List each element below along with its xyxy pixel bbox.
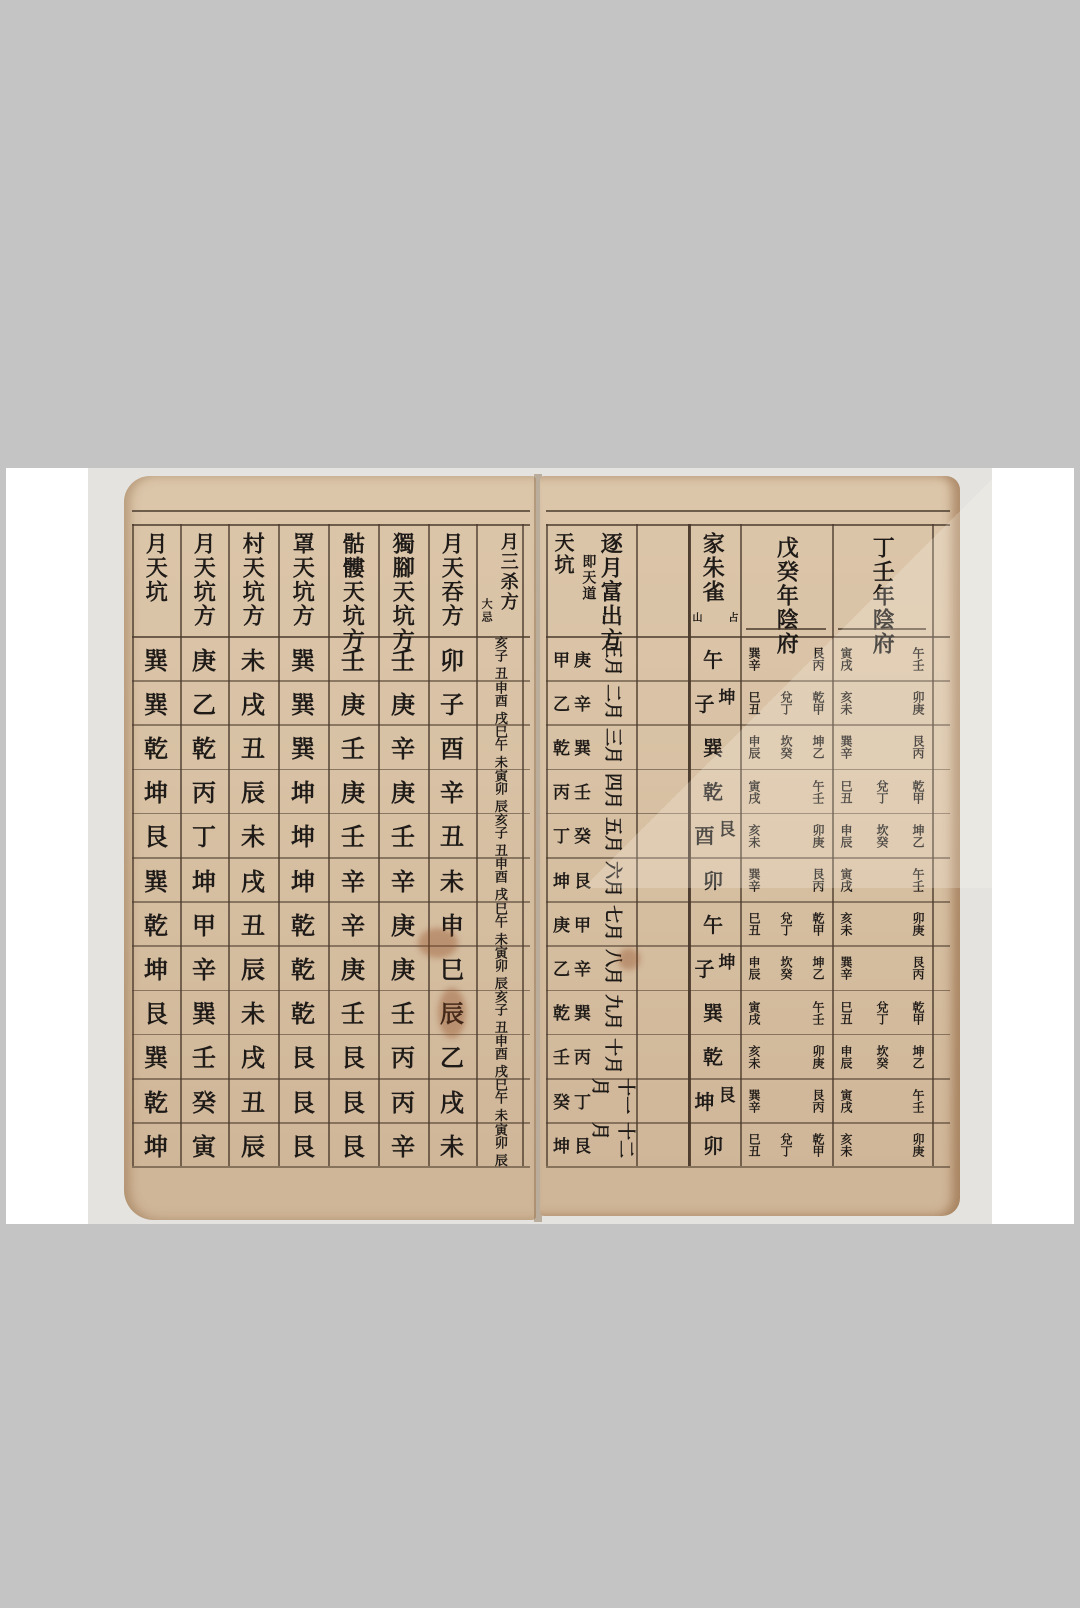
table-cell: 酉 xyxy=(428,724,476,768)
cell-char: 壬 xyxy=(574,778,591,803)
yinfu-entry: 午壬 xyxy=(908,1082,928,1120)
month-cell: 二月 xyxy=(592,680,636,724)
yinfu-entry: 午壬 xyxy=(808,994,828,1032)
column-header: 月天吞方 xyxy=(439,532,463,628)
table-cell: 庚甲 xyxy=(548,636,596,680)
yinfu-entry: 巽辛 xyxy=(744,640,764,678)
table-cell: 乙 xyxy=(180,680,228,724)
wavy-underline xyxy=(746,628,826,630)
yinfu-entry: 巳丑 xyxy=(836,773,856,811)
table-cell: 艮 xyxy=(278,1078,328,1122)
cell-char: 坤 xyxy=(695,1086,715,1115)
column-header: 村天坑方 xyxy=(240,532,264,628)
table-cell: 壬 xyxy=(328,990,378,1034)
column-subheader: 大忌 xyxy=(480,598,492,624)
cell-char: 巽 xyxy=(703,997,723,1026)
cell-char: 壬 xyxy=(553,1043,570,1068)
table-cell: 辰 xyxy=(228,945,278,989)
yinfu-entry: 寅戌 xyxy=(744,994,764,1032)
month-cell: 正月 xyxy=(592,636,636,680)
cell-char: 坤 xyxy=(719,948,736,973)
cell-char: 艮 xyxy=(719,815,736,840)
table-cell: 巽乾 xyxy=(548,724,596,768)
table-cell: 庚 xyxy=(328,680,378,724)
table-cell: 坤 xyxy=(132,769,180,813)
table-cell: 巳午 未 xyxy=(476,901,522,945)
table-cell: 卯 xyxy=(690,1122,740,1166)
cell-char: 丙 xyxy=(574,1043,591,1068)
yinfu-entry: 午壬 xyxy=(908,861,928,899)
table-cell: 乾 xyxy=(180,724,228,768)
table-cell: 巽 xyxy=(278,636,328,680)
table-cell: 丙壬 xyxy=(548,1034,596,1078)
table-cell: 壬 xyxy=(328,724,378,768)
table-cell: 艮 xyxy=(328,1078,378,1122)
wavy-underline xyxy=(838,628,926,630)
table-cell: 庚 xyxy=(378,769,428,813)
table-cell: 巽 xyxy=(132,1034,180,1078)
table-cell: 丑 xyxy=(428,813,476,857)
cell-char: 辛 xyxy=(574,955,591,980)
table-cell: 巳午 未 xyxy=(476,724,522,768)
month-cell: 九月 xyxy=(592,990,636,1034)
yinfu-entry: 亥未 xyxy=(836,905,856,943)
yinfu-entry: 艮丙 xyxy=(808,861,828,899)
top-rule xyxy=(132,510,530,512)
left-page: 月三杀方大忌亥子 丑申酉 戌巳午 未寅卯 辰亥子 丑申酉 戌巳午 未寅卯 辰亥子… xyxy=(124,476,536,1220)
column-header: 罩天坑方 xyxy=(290,532,314,628)
table-cell: 壬 xyxy=(378,636,428,680)
cell-char: 巽 xyxy=(703,732,723,761)
cell-char: 甲 xyxy=(553,646,570,671)
table-cell: 乾 xyxy=(132,1078,180,1122)
yinfu-entry: 亥未 xyxy=(744,817,764,855)
table-cell: 未 xyxy=(228,813,278,857)
month-cell: 七月 xyxy=(592,901,636,945)
table-cell: 乾 xyxy=(132,724,180,768)
table-cell: 丙 xyxy=(378,1034,428,1078)
table-cell: 申酉 戌 xyxy=(476,857,522,901)
yinfu-entry: 卯庚 xyxy=(908,684,928,722)
table-cell: 巽 xyxy=(690,990,740,1034)
cell-char: 子 xyxy=(695,953,715,982)
column-subheader: 占 xyxy=(726,612,737,624)
book-photo: 月三杀方大忌亥子 丑申酉 戌巳午 未寅卯 辰亥子 丑申酉 戌巳午 未寅卯 辰亥子… xyxy=(88,468,992,1224)
yinfu-entry: 亥未 xyxy=(836,684,856,722)
yinfu-entry: 乾甲 xyxy=(908,994,928,1032)
table-cell: 巳午 未 xyxy=(476,1078,522,1122)
cell-char: 甲 xyxy=(574,911,591,936)
table-cell: 寅卯 辰 xyxy=(476,945,522,989)
table-cell: 庚 xyxy=(378,680,428,724)
table-cell: 卯 xyxy=(428,636,476,680)
yinfu-entry: 亥未 xyxy=(836,1126,856,1164)
yinfu-entry: 巽辛 xyxy=(744,861,764,899)
table-cell: 寅 xyxy=(180,1122,228,1166)
cell-char: 艮 xyxy=(574,867,591,892)
yinfu-entry: 艮丙 xyxy=(808,1082,828,1120)
column-subheader: 即天道 xyxy=(580,554,595,602)
table-cell: 巽乾 xyxy=(548,990,596,1034)
table-cell: 寅卯 辰 xyxy=(476,769,522,813)
table-cell: 乾 xyxy=(278,945,328,989)
yinfu-entry: 卯庚 xyxy=(808,817,828,855)
column-header: 獨腳天坑方 xyxy=(390,532,414,652)
yinfu-entry: 乾甲 xyxy=(808,1126,828,1164)
table-cell: 辛 xyxy=(328,901,378,945)
month-cell: 十二月 xyxy=(592,1122,636,1166)
table-cell: 坤 xyxy=(180,857,228,901)
column-rule xyxy=(522,524,524,1166)
table-cell: 丙 xyxy=(180,769,228,813)
table-cell: 戌 xyxy=(228,1034,278,1078)
yinfu-entry: 卯庚 xyxy=(908,905,928,943)
table-cell: 壬 xyxy=(328,813,378,857)
column-header: 家朱雀 xyxy=(700,532,724,604)
yinfu-entry: 坎癸 xyxy=(776,728,796,766)
column-header: 骷髏天坑方 xyxy=(340,532,364,652)
yinfu-entry: 寅戌 xyxy=(836,1082,856,1120)
table-cell: 壬 xyxy=(180,1034,228,1078)
table-cell: 未 xyxy=(428,1122,476,1166)
table-cell: 乙 xyxy=(428,1034,476,1078)
table-cell: 丑 xyxy=(228,724,278,768)
table-cell: 坤 xyxy=(278,857,328,901)
yinfu-entry: 坤乙 xyxy=(808,728,828,766)
table-cell: 辛乙 xyxy=(548,945,596,989)
table-cell: 子 xyxy=(428,680,476,724)
table-cell: 亥子 丑 xyxy=(476,636,522,680)
table-cell: 艮 xyxy=(328,1034,378,1078)
table-cell: 子坤 xyxy=(690,680,740,724)
table-cell: 癸丁 xyxy=(548,813,596,857)
right-page: 天坑即天道庚甲辛乙巽乾壬丙癸丁艮坤甲庚辛乙巽乾丙壬丁癸艮坤逐月富出方正月二月三月… xyxy=(540,476,960,1216)
yinfu-entry: 申辰 xyxy=(744,728,764,766)
table-cell: 亥子 丑 xyxy=(476,990,522,1034)
yinfu-entry: 寅戌 xyxy=(836,861,856,899)
yinfu-entry: 坎癸 xyxy=(872,1038,892,1076)
month-cell: 五月 xyxy=(592,813,636,857)
column-header: 月天坑方 xyxy=(191,532,215,628)
yinfu-entry: 亥未 xyxy=(744,1038,764,1076)
table-cell: 庚 xyxy=(378,945,428,989)
column-header: 月三杀方 xyxy=(498,532,518,612)
month-cell: 十月 xyxy=(592,1034,636,1078)
table-cell: 丁 xyxy=(180,813,228,857)
table-cell: 辛 xyxy=(378,857,428,901)
cell-char: 巽 xyxy=(574,734,591,759)
cell-char: 午 xyxy=(703,909,723,938)
cell-char: 坤 xyxy=(719,683,736,708)
yinfu-entry: 坎癸 xyxy=(872,817,892,855)
row-rule xyxy=(132,1166,530,1168)
yinfu-entry: 坎癸 xyxy=(776,949,796,987)
table-cell: 乾 xyxy=(278,901,328,945)
table-cell: 壬丙 xyxy=(548,769,596,813)
month-cell: 六月 xyxy=(592,857,636,901)
row-rule xyxy=(546,1166,950,1168)
table-cell: 坤 xyxy=(278,769,328,813)
cell-char: 辛 xyxy=(574,690,591,715)
month-cell: 十一月 xyxy=(592,1078,636,1122)
table-cell: 辛 xyxy=(328,857,378,901)
table-cell: 辛 xyxy=(428,769,476,813)
table-cell: 辛 xyxy=(378,1122,428,1166)
yinfu-entry: 乾甲 xyxy=(908,773,928,811)
column-rule xyxy=(636,524,638,1166)
yinfu-entry: 乾甲 xyxy=(808,684,828,722)
cell-char: 乾 xyxy=(703,1041,723,1070)
yinfu-entry: 乾甲 xyxy=(808,905,828,943)
yinfu-entry: 巽辛 xyxy=(836,949,856,987)
yinfu-entry: 午壬 xyxy=(808,773,828,811)
cell-char: 艮 xyxy=(719,1081,736,1106)
table-cell: 戌 xyxy=(428,1078,476,1122)
cell-char: 乾 xyxy=(553,734,570,759)
table-cell: 巽 xyxy=(278,724,328,768)
yinfu-entry: 坤乙 xyxy=(808,949,828,987)
yinfu-entry: 申辰 xyxy=(744,949,764,987)
table-cell: 辛 xyxy=(180,945,228,989)
cell-char: 乙 xyxy=(553,690,570,715)
table-cell: 巽 xyxy=(132,857,180,901)
table-cell: 酉艮 xyxy=(690,813,740,857)
yinfu-entry: 坤乙 xyxy=(908,817,928,855)
cell-char: 乾 xyxy=(553,999,570,1024)
column-rule xyxy=(740,524,742,1166)
table-cell: 辛 xyxy=(378,724,428,768)
table-cell: 壬 xyxy=(378,813,428,857)
yinfu-entry: 寅戌 xyxy=(836,640,856,678)
cell-char: 巽 xyxy=(574,999,591,1024)
table-cell: 辛乙 xyxy=(548,680,596,724)
table-cell: 丑 xyxy=(228,901,278,945)
table-cell: 乾 xyxy=(690,1034,740,1078)
stain xyxy=(418,928,458,958)
cell-char: 乙 xyxy=(553,955,570,980)
cell-char: 卯 xyxy=(703,865,723,894)
table-cell: 艮 xyxy=(328,1122,378,1166)
stain xyxy=(438,988,466,1038)
column-subheader: 山 xyxy=(690,612,701,624)
table-cell: 戌 xyxy=(228,680,278,724)
yinfu-entry: 巽辛 xyxy=(744,1082,764,1120)
table-cell: 癸 xyxy=(180,1078,228,1122)
yinfu-entry: 坤乙 xyxy=(908,1038,928,1076)
yinfu-entry: 艮丙 xyxy=(908,949,928,987)
table-cell: 巽 xyxy=(278,680,328,724)
table-cell: 巽 xyxy=(132,680,180,724)
cell-char: 乾 xyxy=(703,776,723,805)
yinfu-entry: 兌丁 xyxy=(776,905,796,943)
table-cell: 申酉 戌 xyxy=(476,680,522,724)
yinfu-entry: 艮丙 xyxy=(808,640,828,678)
table-cell: 丑 xyxy=(228,1078,278,1122)
table-cell: 寅卯 辰 xyxy=(476,1122,522,1166)
table-cell: 乾 xyxy=(278,990,328,1034)
table-cell: 坤 xyxy=(132,945,180,989)
cell-char: 丁 xyxy=(553,822,570,847)
table-cell: 辰 xyxy=(228,769,278,813)
table-cell: 庚 xyxy=(180,636,228,680)
yinfu-header: 丁壬年陰府 xyxy=(870,536,894,656)
table-cell: 亥子 丑 xyxy=(476,813,522,857)
cell-char: 午 xyxy=(703,644,723,673)
table-cell: 艮 xyxy=(132,990,180,1034)
table-cell: 乾 xyxy=(132,901,180,945)
table-cell: 未 xyxy=(228,990,278,1034)
yinfu-entry: 兌丁 xyxy=(776,1126,796,1164)
column-header: 天坑 xyxy=(552,532,574,576)
table-cell: 未 xyxy=(428,857,476,901)
table-cell: 壬 xyxy=(378,990,428,1034)
table-cell: 庚 xyxy=(328,945,378,989)
yinfu-entry: 兌丁 xyxy=(872,773,892,811)
table-cell: 巽 xyxy=(132,636,180,680)
header-rule xyxy=(132,524,530,526)
column-rule xyxy=(832,524,834,1166)
yinfu-entry: 申辰 xyxy=(836,1038,856,1076)
column-rule xyxy=(932,524,934,1166)
table-cell: 坤 xyxy=(132,1122,180,1166)
table-cell: 艮 xyxy=(278,1034,328,1078)
yinfu-entry: 卯庚 xyxy=(808,1038,828,1076)
header-rule xyxy=(546,524,950,526)
table-cell: 巽 xyxy=(690,724,740,768)
cell-char: 子 xyxy=(695,688,715,717)
yinfu-entry: 寅戌 xyxy=(744,773,764,811)
table-cell: 午 xyxy=(690,636,740,680)
table-cell: 艮 xyxy=(278,1122,328,1166)
table-cell: 坤艮 xyxy=(690,1078,740,1122)
cell-char: 酉 xyxy=(695,820,715,849)
yinfu-entry: 兌丁 xyxy=(776,684,796,722)
table-cell: 卯 xyxy=(690,857,740,901)
table-cell: 辰 xyxy=(228,1122,278,1166)
yinfu-entry: 巳丑 xyxy=(744,684,764,722)
month-cell: 四月 xyxy=(592,769,636,813)
table-cell: 子坤 xyxy=(690,945,740,989)
table-cell: 坤 xyxy=(278,813,328,857)
cell-char: 卯 xyxy=(703,1130,723,1159)
table-cell: 丙 xyxy=(378,1078,428,1122)
column-header: 月天坑 xyxy=(143,532,167,604)
cell-char: 丙 xyxy=(553,778,570,803)
cell-char: 坤 xyxy=(553,1132,570,1157)
table-cell: 壬 xyxy=(328,636,378,680)
top-rule xyxy=(546,510,950,512)
table-cell: 乾 xyxy=(690,769,740,813)
yinfu-entry: 巳丑 xyxy=(836,994,856,1032)
yinfu-header: 戊癸年陰府 xyxy=(774,536,798,656)
cell-char: 庚 xyxy=(574,646,591,671)
yinfu-entry: 巳丑 xyxy=(744,905,764,943)
yinfu-entry: 艮丙 xyxy=(908,728,928,766)
table-cell: 戌 xyxy=(228,857,278,901)
cell-char: 癸 xyxy=(553,1088,570,1113)
table-cell: 艮坤 xyxy=(548,857,596,901)
yinfu-entry: 卯庚 xyxy=(908,1126,928,1164)
yinfu-entry: 巽辛 xyxy=(836,728,856,766)
yinfu-entry: 兌丁 xyxy=(872,994,892,1032)
table-cell: 未 xyxy=(228,636,278,680)
yinfu-entry: 申辰 xyxy=(836,817,856,855)
cell-char: 癸 xyxy=(574,822,591,847)
table-cell: 甲庚 xyxy=(548,901,596,945)
table-cell: 艮 xyxy=(132,813,180,857)
month-cell: 三月 xyxy=(592,724,636,768)
column-header: 逐月富出方 xyxy=(598,532,622,652)
table-cell: 午 xyxy=(690,901,740,945)
table-cell: 甲 xyxy=(180,901,228,945)
cell-char: 庚 xyxy=(553,911,570,936)
table-cell: 庚 xyxy=(328,769,378,813)
stain xyxy=(618,948,640,970)
table-cell: 巽 xyxy=(180,990,228,1034)
table-cell: 申酉 戌 xyxy=(476,1034,522,1078)
yinfu-entry: 巳丑 xyxy=(744,1126,764,1164)
yinfu-entry: 午壬 xyxy=(908,640,928,678)
cell-char: 坤 xyxy=(553,867,570,892)
